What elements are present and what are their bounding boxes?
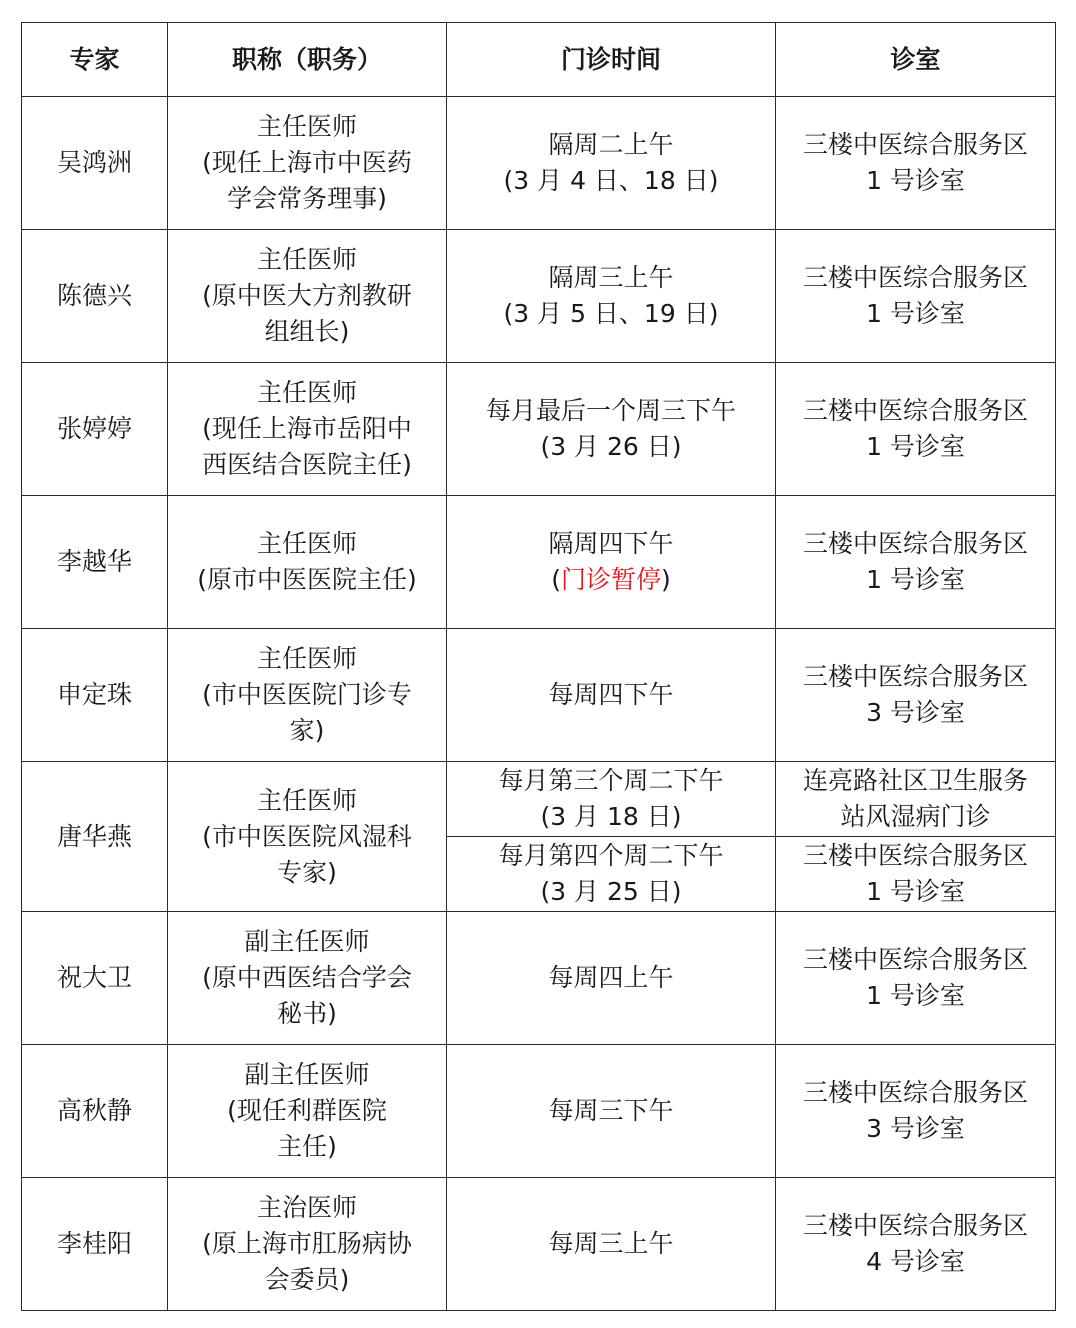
table-row: 唐华燕 主任医师 (市中医医院风湿科 专家) 每月第三个周二下午 (3 月 18…	[22, 762, 1056, 837]
room-line: 三楼中医综合服务区	[782, 942, 1049, 978]
expert-name: 高秋静	[22, 1045, 168, 1178]
room-line: 1 号诊室	[782, 296, 1049, 332]
title-line: 副主任医师	[174, 1057, 440, 1093]
time-line: (3 月 4 日、18 日)	[453, 163, 769, 199]
expert-name: 张婷婷	[22, 363, 168, 496]
title-line: (原中医大方剂教研	[174, 278, 440, 314]
clinic-room: 三楼中医综合服务区 3 号诊室	[776, 629, 1056, 762]
clinic-room: 三楼中医综合服务区 1 号诊室	[776, 363, 1056, 496]
expert-title: 主任医师 (原市中医医院主任)	[168, 496, 447, 629]
expert-name: 祝大卫	[22, 912, 168, 1045]
time-line: 隔周三上午	[453, 260, 769, 296]
clinic-room: 三楼中医综合服务区 1 号诊室	[776, 496, 1056, 629]
clinic-time: 隔周三上午 (3 月 5 日、19 日)	[447, 230, 776, 363]
title-line: 会委员)	[174, 1262, 440, 1298]
title-line: 主任)	[174, 1129, 440, 1165]
title-line: (现任上海市岳阳中	[174, 411, 440, 447]
room-line: 1 号诊室	[782, 978, 1049, 1014]
clinic-time: 每月第四个周二下午 (3 月 25 日)	[447, 837, 776, 912]
room-line: 1 号诊室	[782, 429, 1049, 465]
time-line: 隔周二上午	[453, 127, 769, 163]
time-line: (3 月 25 日)	[453, 874, 769, 910]
expert-name: 唐华燕	[22, 762, 168, 912]
expert-title: 主任医师 (市中医医院风湿科 专家)	[168, 762, 447, 912]
title-line: 主任医师	[174, 526, 440, 562]
time-status-line: (门诊暂停)	[453, 562, 769, 598]
time-line: 隔周四下午	[453, 526, 769, 562]
table-row: 高秋静 副主任医师 (现任利群医院 主任) 每周三下午 三楼中医综合服务区 3 …	[22, 1045, 1056, 1178]
title-line: 专家)	[174, 855, 440, 891]
table-row: 祝大卫 副主任医师 (原中西医结合学会 秘书) 每周四上午 三楼中医综合服务区 …	[22, 912, 1056, 1045]
header-clinic-time: 门诊时间	[447, 23, 776, 97]
time-line: 每周三上午	[453, 1226, 769, 1262]
room-line: 三楼中医综合服务区	[782, 260, 1049, 296]
room-line: 三楼中医综合服务区	[782, 526, 1049, 562]
time-line: (3 月 26 日)	[453, 429, 769, 465]
table-row: 李桂阳 主治医师 (原上海市肛肠病协 会委员) 每周三上午 三楼中医综合服务区 …	[22, 1178, 1056, 1311]
room-line: 连亮路社区卫生服务	[782, 763, 1049, 799]
expert-title: 副主任医师 (原中西医结合学会 秘书)	[168, 912, 447, 1045]
room-line: 4 号诊室	[782, 1244, 1049, 1280]
room-line: 三楼中医综合服务区	[782, 838, 1049, 874]
title-line: 学会常务理事)	[174, 181, 440, 217]
room-line: 三楼中医综合服务区	[782, 1208, 1049, 1244]
room-line: 1 号诊室	[782, 562, 1049, 598]
clinic-room: 三楼中医综合服务区 1 号诊室	[776, 912, 1056, 1045]
time-line: 每月最后一个周三下午	[453, 393, 769, 429]
room-line: 三楼中医综合服务区	[782, 393, 1049, 429]
clinic-time: 每月第三个周二下午 (3 月 18 日)	[447, 762, 776, 837]
clinic-time: 每周四下午	[447, 629, 776, 762]
clinic-time: 每周三上午	[447, 1178, 776, 1311]
header-expert: 专家	[22, 23, 168, 97]
expert-title: 主任医师 (现任上海市中医药 学会常务理事)	[168, 97, 447, 230]
suspended-status: 门诊暂停	[561, 565, 661, 594]
table-row: 吴鸿洲 主任医师 (现任上海市中医药 学会常务理事) 隔周二上午 (3 月 4 …	[22, 97, 1056, 230]
title-line: 主任医师	[174, 242, 440, 278]
time-line: (3 月 5 日、19 日)	[453, 296, 769, 332]
table-row: 陈德兴 主任医师 (原中医大方剂教研 组组长) 隔周三上午 (3 月 5 日、1…	[22, 230, 1056, 363]
expert-schedule-table: 专家 职称（职务） 门诊时间 诊室 吴鸿洲 主任医师 (现任上海市中医药 学会常…	[21, 22, 1056, 1311]
expert-title: 主任医师 (现任上海市岳阳中 西医结合医院主任)	[168, 363, 447, 496]
title-line: 主任医师	[174, 783, 440, 819]
title-line: 主治医师	[174, 1190, 440, 1226]
room-line: 3 号诊室	[782, 1111, 1049, 1147]
title-line: 主任医师	[174, 641, 440, 677]
title-line: 家)	[174, 713, 440, 749]
clinic-room: 三楼中医综合服务区 1 号诊室	[776, 837, 1056, 912]
header-room: 诊室	[776, 23, 1056, 97]
clinic-room: 三楼中医综合服务区 1 号诊室	[776, 97, 1056, 230]
time-line: 每周四下午	[453, 677, 769, 713]
expert-title: 主任医师 (原中医大方剂教研 组组长)	[168, 230, 447, 363]
clinic-room: 三楼中医综合服务区 1 号诊室	[776, 230, 1056, 363]
title-line: (市中医医院风湿科	[174, 819, 440, 855]
title-line: (现任利群医院	[174, 1093, 440, 1129]
clinic-room: 三楼中医综合服务区 4 号诊室	[776, 1178, 1056, 1311]
expert-title: 主任医师 (市中医医院门诊专 家)	[168, 629, 447, 762]
title-line: (市中医医院门诊专	[174, 677, 440, 713]
table-row: 李越华 主任医师 (原市中医医院主任) 隔周四下午 (门诊暂停) 三楼中医综合服…	[22, 496, 1056, 629]
expert-name: 李越华	[22, 496, 168, 629]
time-line: (3 月 18 日)	[453, 799, 769, 835]
clinic-time: 隔周四下午 (门诊暂停)	[447, 496, 776, 629]
table-row: 张婷婷 主任医师 (现任上海市岳阳中 西医结合医院主任) 每月最后一个周三下午 …	[22, 363, 1056, 496]
expert-title: 主治医师 (原上海市肛肠病协 会委员)	[168, 1178, 447, 1311]
room-line: 三楼中医综合服务区	[782, 1075, 1049, 1111]
room-line: 3 号诊室	[782, 695, 1049, 731]
expert-name: 吴鸿洲	[22, 97, 168, 230]
title-line: (原市中医医院主任)	[174, 562, 440, 598]
room-line: 1 号诊室	[782, 163, 1049, 199]
expert-name: 申定珠	[22, 629, 168, 762]
table-row: 申定珠 主任医师 (市中医医院门诊专 家) 每周四下午 三楼中医综合服务区 3 …	[22, 629, 1056, 762]
title-line: 副主任医师	[174, 924, 440, 960]
room-line: 三楼中医综合服务区	[782, 127, 1049, 163]
header-row: 专家 职称（职务） 门诊时间 诊室	[22, 23, 1056, 97]
room-line: 三楼中医综合服务区	[782, 659, 1049, 695]
title-line: (原中西医结合学会	[174, 960, 440, 996]
expert-name: 李桂阳	[22, 1178, 168, 1311]
title-line: 秘书)	[174, 996, 440, 1032]
header-title: 职称（职务）	[168, 23, 447, 97]
clinic-room: 三楼中医综合服务区 3 号诊室	[776, 1045, 1056, 1178]
time-line: 每月第三个周二下午	[453, 763, 769, 799]
title-line: (原上海市肛肠病协	[174, 1226, 440, 1262]
time-line: 每月第四个周二下午	[453, 838, 769, 874]
room-line: 站风湿病门诊	[782, 799, 1049, 835]
title-line: 西医结合医院主任)	[174, 447, 440, 483]
time-line: 每周四上午	[453, 960, 769, 996]
room-line: 1 号诊室	[782, 874, 1049, 910]
title-line: 主任医师	[174, 109, 440, 145]
title-line: (现任上海市中医药	[174, 145, 440, 181]
clinic-time: 每月最后一个周三下午 (3 月 26 日)	[447, 363, 776, 496]
title-line: 主任医师	[174, 375, 440, 411]
clinic-time: 每周三下午	[447, 1045, 776, 1178]
time-line: 每周三下午	[453, 1093, 769, 1129]
expert-name: 陈德兴	[22, 230, 168, 363]
title-line: 组组长)	[174, 314, 440, 350]
clinic-time: 每周四上午	[447, 912, 776, 1045]
clinic-room: 连亮路社区卫生服务 站风湿病门诊	[776, 762, 1056, 837]
expert-title: 副主任医师 (现任利群医院 主任)	[168, 1045, 447, 1178]
clinic-time: 隔周二上午 (3 月 4 日、18 日)	[447, 97, 776, 230]
